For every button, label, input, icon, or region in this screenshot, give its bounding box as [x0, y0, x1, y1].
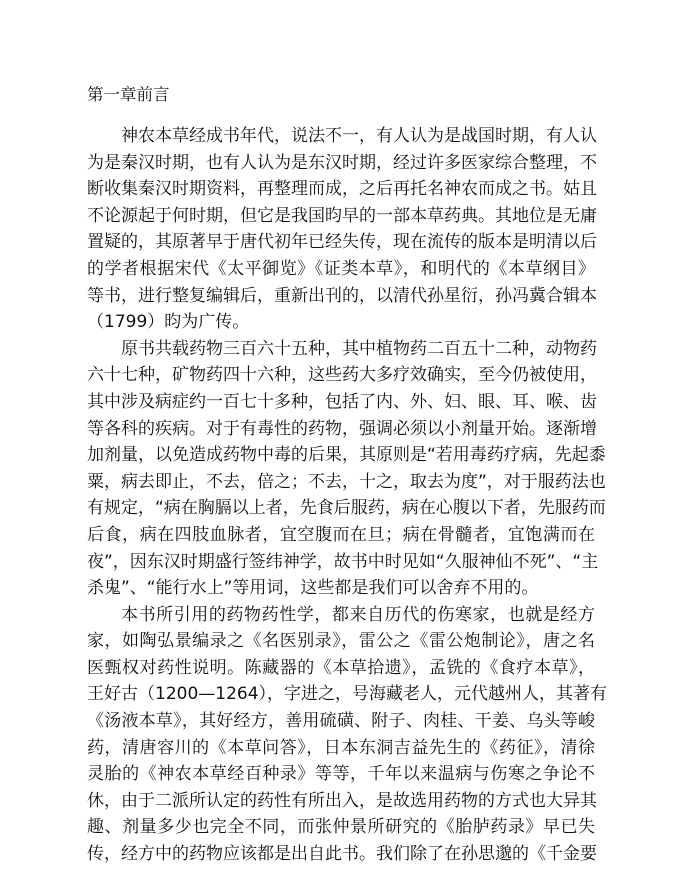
- text-line: 其中涉及病症约一百七十多种，包括了内、外、妇、眼、耳、喉、齿: [87, 389, 595, 416]
- text-line: 有规定，“病在胸膈以上者，先食后服药，病在心腹以下者，先服药而: [87, 495, 595, 522]
- text-line: 置疑的，其原著早于唐代初年已经失传，现在流传的版本是明清以后: [87, 229, 595, 256]
- text-line: 神农本草经成书年代，说法不一，有人认为是战国时期，有人认: [87, 123, 595, 150]
- text-line: 灵胎的《神农本草经百种录》等等，千年以来温病与伤寒之争论不: [87, 761, 595, 788]
- text-line: 原书共载药物三百六十五种，其中植物药二百五十二种，动物药: [87, 336, 595, 363]
- text-line: 断收集秦汉时期资料，再整理而成，之后再托名神农而成之书。姑且: [87, 176, 595, 203]
- paragraph-3: 本书所引用的药物药性学，都来自历代的伤寒家，也就是经方 家，如陶弘景编录之《名医…: [87, 602, 597, 868]
- text-line: 粟，病去即止，不去，倍之；不去，十之，取去为度”，对于服药法也: [87, 469, 595, 496]
- paragraph-2: 原书共载药物三百六十五种，其中植物药二百五十二种，动物药 六十七种，矿物药四十六…: [87, 336, 597, 602]
- paragraph-1: 神农本草经成书年代，说法不一，有人认为是战国时期，有人认 为是秦汉时期，也有人认…: [87, 123, 597, 336]
- text-line: 趣、剂量多少也完全不同，而张仲景所研究的《胎胪药录》早已失: [87, 814, 595, 841]
- text-line: 休，由于二派所认定的药性有所出入，是故选用药物的方式也大异其: [87, 788, 595, 815]
- text-line: 医甄权对药性说明。陈藏器的《本草拾遗》，孟铣的《食疗本草》，: [87, 655, 595, 682]
- text-line: 王好古（1200—1264），字进之，号海藏老人，元代越州人，其著有: [87, 681, 595, 708]
- text-line: 杀鬼”、“能行水上”等用词，这些都是我们可以舍弃不用的。: [87, 575, 595, 602]
- text-line: 等书，进行整复编辑后，重新出刊的，以清代孙星衍，孙冯冀合辑本: [87, 283, 595, 310]
- text-line: 夜”，因东汉时期盛行签纬神学，故书中时见如“久服神仙不死”、“主: [87, 549, 595, 576]
- text-line: 药，清唐容川的《本草问答》，日本东洞吉益先生的《药征》，清徐: [87, 735, 595, 762]
- text-line: 六十七种，矿物药四十六种，这些药大多疗效确实，至今仍被使用，: [87, 362, 595, 389]
- text-line: （1799）昀为广传。: [87, 309, 595, 336]
- chapter-heading: 第一章前言: [87, 83, 597, 107]
- text-line: 传，经方中的药物应该都是出自此书。我们除了在孙思邈的《千金要: [87, 841, 595, 868]
- text-line: 家，如陶弘景编录之《名医别录》，雷公之《雷公炮制论》，唐之名: [87, 628, 595, 655]
- text-line: 为是秦汉时期，也有人认为是东汉时期，经过许多医家综合整理，不: [87, 150, 595, 177]
- text-line: 本书所引用的药物药性学，都来自历代的伤寒家，也就是经方: [87, 602, 595, 629]
- text-line: 后食，病在四肢血脉者，宜空腹而在旦；病在骨髓者，宜饱满而在: [87, 522, 595, 549]
- document-page: 第一章前言 神农本草经成书年代，说法不一，有人认为是战国时期，有人认 为是秦汉时…: [87, 83, 597, 868]
- text-line: 等各科的疾病。对于有毒性的药物，强调必须以小剂量开始。逐渐增: [87, 416, 595, 443]
- text-line: 《汤液本草》，其好经方，善用硫磺、附子、肉桂、干姜、乌头等峻: [87, 708, 595, 735]
- text-line: 不论源起于何时期，但它是我国昀早的一部本草药典。其地位是无庸: [87, 203, 595, 230]
- text-line: 的学者根据宋代《太平御览》《证类本草》，和明代的《本草纲目》: [87, 256, 595, 283]
- text-line: 加剂量，以免造成药物中毒的后果，其原则是“若用毒药疗病，先起黍: [87, 442, 595, 469]
